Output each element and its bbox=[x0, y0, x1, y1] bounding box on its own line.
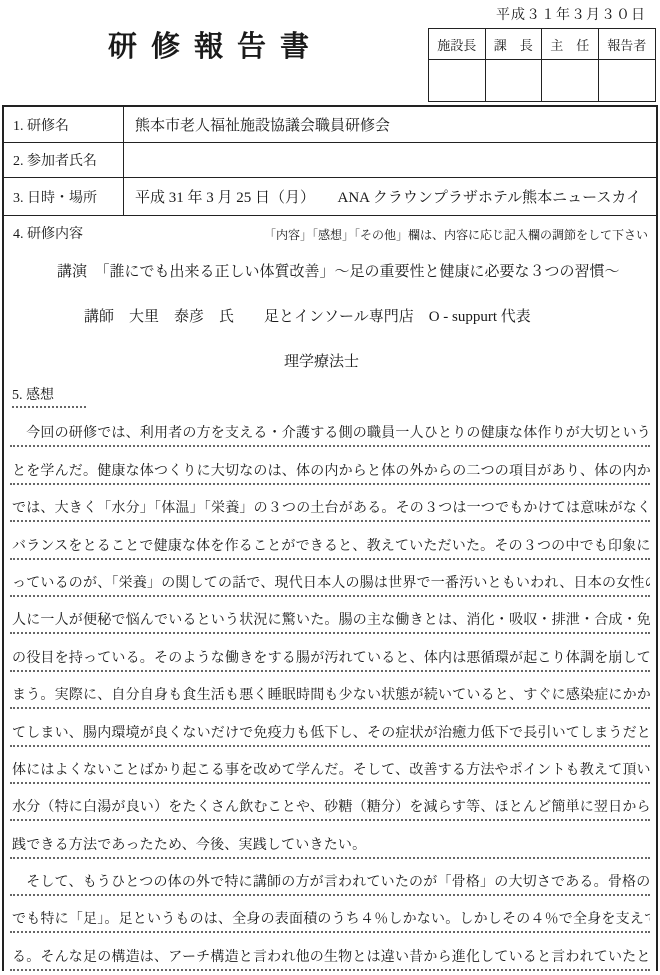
impressions-label: 5. 感想 bbox=[12, 384, 86, 408]
lecturer-line: 講師 大里 泰彦 氏 足とインソール専門店 O - suppurt 代表 bbox=[4, 305, 656, 326]
essay-line: 水分（特に白湯が良い）をたくさん飲むことや、砂糖（糖分）を減らす等、ほとんど簡単… bbox=[10, 784, 650, 821]
training-content-label: 4. 研修内容 bbox=[13, 223, 83, 243]
approval-stamp-table: 施設長 課 長 主 任 報告者 bbox=[428, 28, 656, 102]
stamp-cell-facility-director bbox=[429, 60, 486, 101]
lecturer-qualification: 理学療法士 bbox=[4, 350, 656, 371]
essay-line: でも特に「足」。足というものは、全身の表面積のうち４％しかない。しかしその４％で… bbox=[10, 896, 650, 933]
participants-label: 2. 参加者氏名 bbox=[4, 143, 124, 177]
essay-line: てしまい、腸内環境が良くないだけで免疫力も低下し、その症状が治癒力低下で長引いて… bbox=[10, 709, 650, 746]
impressions-text-block: 今回の研修では、利用者の方を支える・介護する側の職員一人ひとりの健康な体作りが大… bbox=[10, 410, 650, 971]
section-impressions: 5. 感想 今回の研修では、利用者の方を支える・介護する側の職員一人ひとりの健康… bbox=[4, 384, 656, 971]
datetime-place-value: 平成 31 年 3 月 25 日（月） ANA クラウンプラザホテル熊本ニュース… bbox=[124, 186, 656, 207]
form-row-participants: 2. 参加者氏名 bbox=[4, 143, 656, 178]
essay-line: 践できる方法であったため、今後、実践していきたい。 bbox=[10, 821, 650, 858]
report-date: 平成３１年３月３０日 bbox=[496, 4, 646, 24]
stamp-header-reporter: 報告者 bbox=[599, 29, 656, 60]
training-name-label: 1. 研修名 bbox=[4, 107, 124, 142]
stamp-cell-reporter bbox=[599, 60, 656, 101]
form-row-datetime-place: 3. 日時・場所 平成 31 年 3 月 25 日（月） ANA クラウンプラザ… bbox=[4, 178, 656, 216]
essay-line: そして、もうひとつの体の外で特に講師の方が言われていたのが「骨格」の大切さである… bbox=[10, 859, 650, 896]
stamp-header-chief: 主 任 bbox=[542, 29, 599, 60]
datetime-place-label: 3. 日時・場所 bbox=[4, 178, 124, 215]
essay-line: 体にはよくないことばかり起こる事を改めて学んだ。そして、改善する方法やポイントも… bbox=[10, 747, 650, 784]
form-row-training-name: 1. 研修名 熊本市老人福祉施設協議会職員研修会 bbox=[4, 107, 656, 143]
training-name-value: 熊本市老人福祉施設協議会職員研修会 bbox=[124, 114, 656, 135]
essay-line: とを学んだ。健康な体つくりに大切なのは、体の内からと体の外からの二つの項目があり… bbox=[10, 447, 650, 484]
essay-line: 今回の研修では、利用者の方を支える・介護する側の職員一人ひとりの健康な体作りが大… bbox=[10, 410, 650, 447]
essay-line: では、大きく「水分」「体温」「栄養」の３つの土台がある。その３つは一つでもかけて… bbox=[10, 485, 650, 522]
report-header: 平成３１年３月３０日 研修報告書 施設長 課 長 主 任 報告者 bbox=[0, 0, 660, 105]
stamp-cell-section-chief bbox=[486, 60, 543, 101]
report-form-box: 1. 研修名 熊本市老人福祉施設協議会職員研修会 2. 参加者氏名 3. 日時・… bbox=[2, 105, 658, 971]
report-page: 平成３１年３月３０日 研修報告書 施設長 課 長 主 任 報告者 1. 研修名 … bbox=[0, 0, 660, 975]
section4-header: 4. 研修内容 「内容」「感想」「その他」欄は、内容に応じ記入欄の調節をして下さ… bbox=[4, 216, 656, 243]
essay-line: 人に一人が便秘で悩んでいるという状況に驚いた。腸の主な働きとは、消化・吸収・排泄… bbox=[10, 597, 650, 634]
lecture-title-line: 講演 「誰にでも出来る正しい体質改善」～足の重要性と健康に必要な３つの習慣～ bbox=[4, 260, 656, 281]
stamp-cell-chief bbox=[542, 60, 599, 101]
essay-line: の役目を持っている。そのような働きをする腸が汚れていると、体内は悪循環が起こり体… bbox=[10, 634, 650, 671]
stamp-header-section-chief: 課 長 bbox=[486, 29, 543, 60]
essay-line: る。そんな足の構造は、アーチ構造と言われ他の生物とは違い昔から進化していると言わ… bbox=[10, 933, 650, 970]
essay-line: っているのが、「栄養」の関しての話で、現代日本人の腸は世界で一番汚いともいわれ、… bbox=[10, 560, 650, 597]
essay-line: バランスをとることで健康な体を作ることができると、教えていただいた。その３つの中… bbox=[10, 522, 650, 559]
stamp-header-facility-director: 施設長 bbox=[429, 29, 486, 60]
section-training-content: 4. 研修内容 「内容」「感想」「その他」欄は、内容に応じ記入欄の調節をして下さ… bbox=[4, 216, 656, 371]
impressions-title-wrap: 5. 感想 bbox=[12, 384, 656, 408]
page-title: 研修報告書 bbox=[108, 24, 323, 65]
form-adjustment-note: 「内容」「感想」「その他」欄は、内容に応じ記入欄の調節をして下さい bbox=[264, 226, 648, 243]
essay-line: まう。実際に、自分自身も食生活も悪く睡眠時間も少ない状態が続いていると、すぐに感… bbox=[10, 672, 650, 709]
